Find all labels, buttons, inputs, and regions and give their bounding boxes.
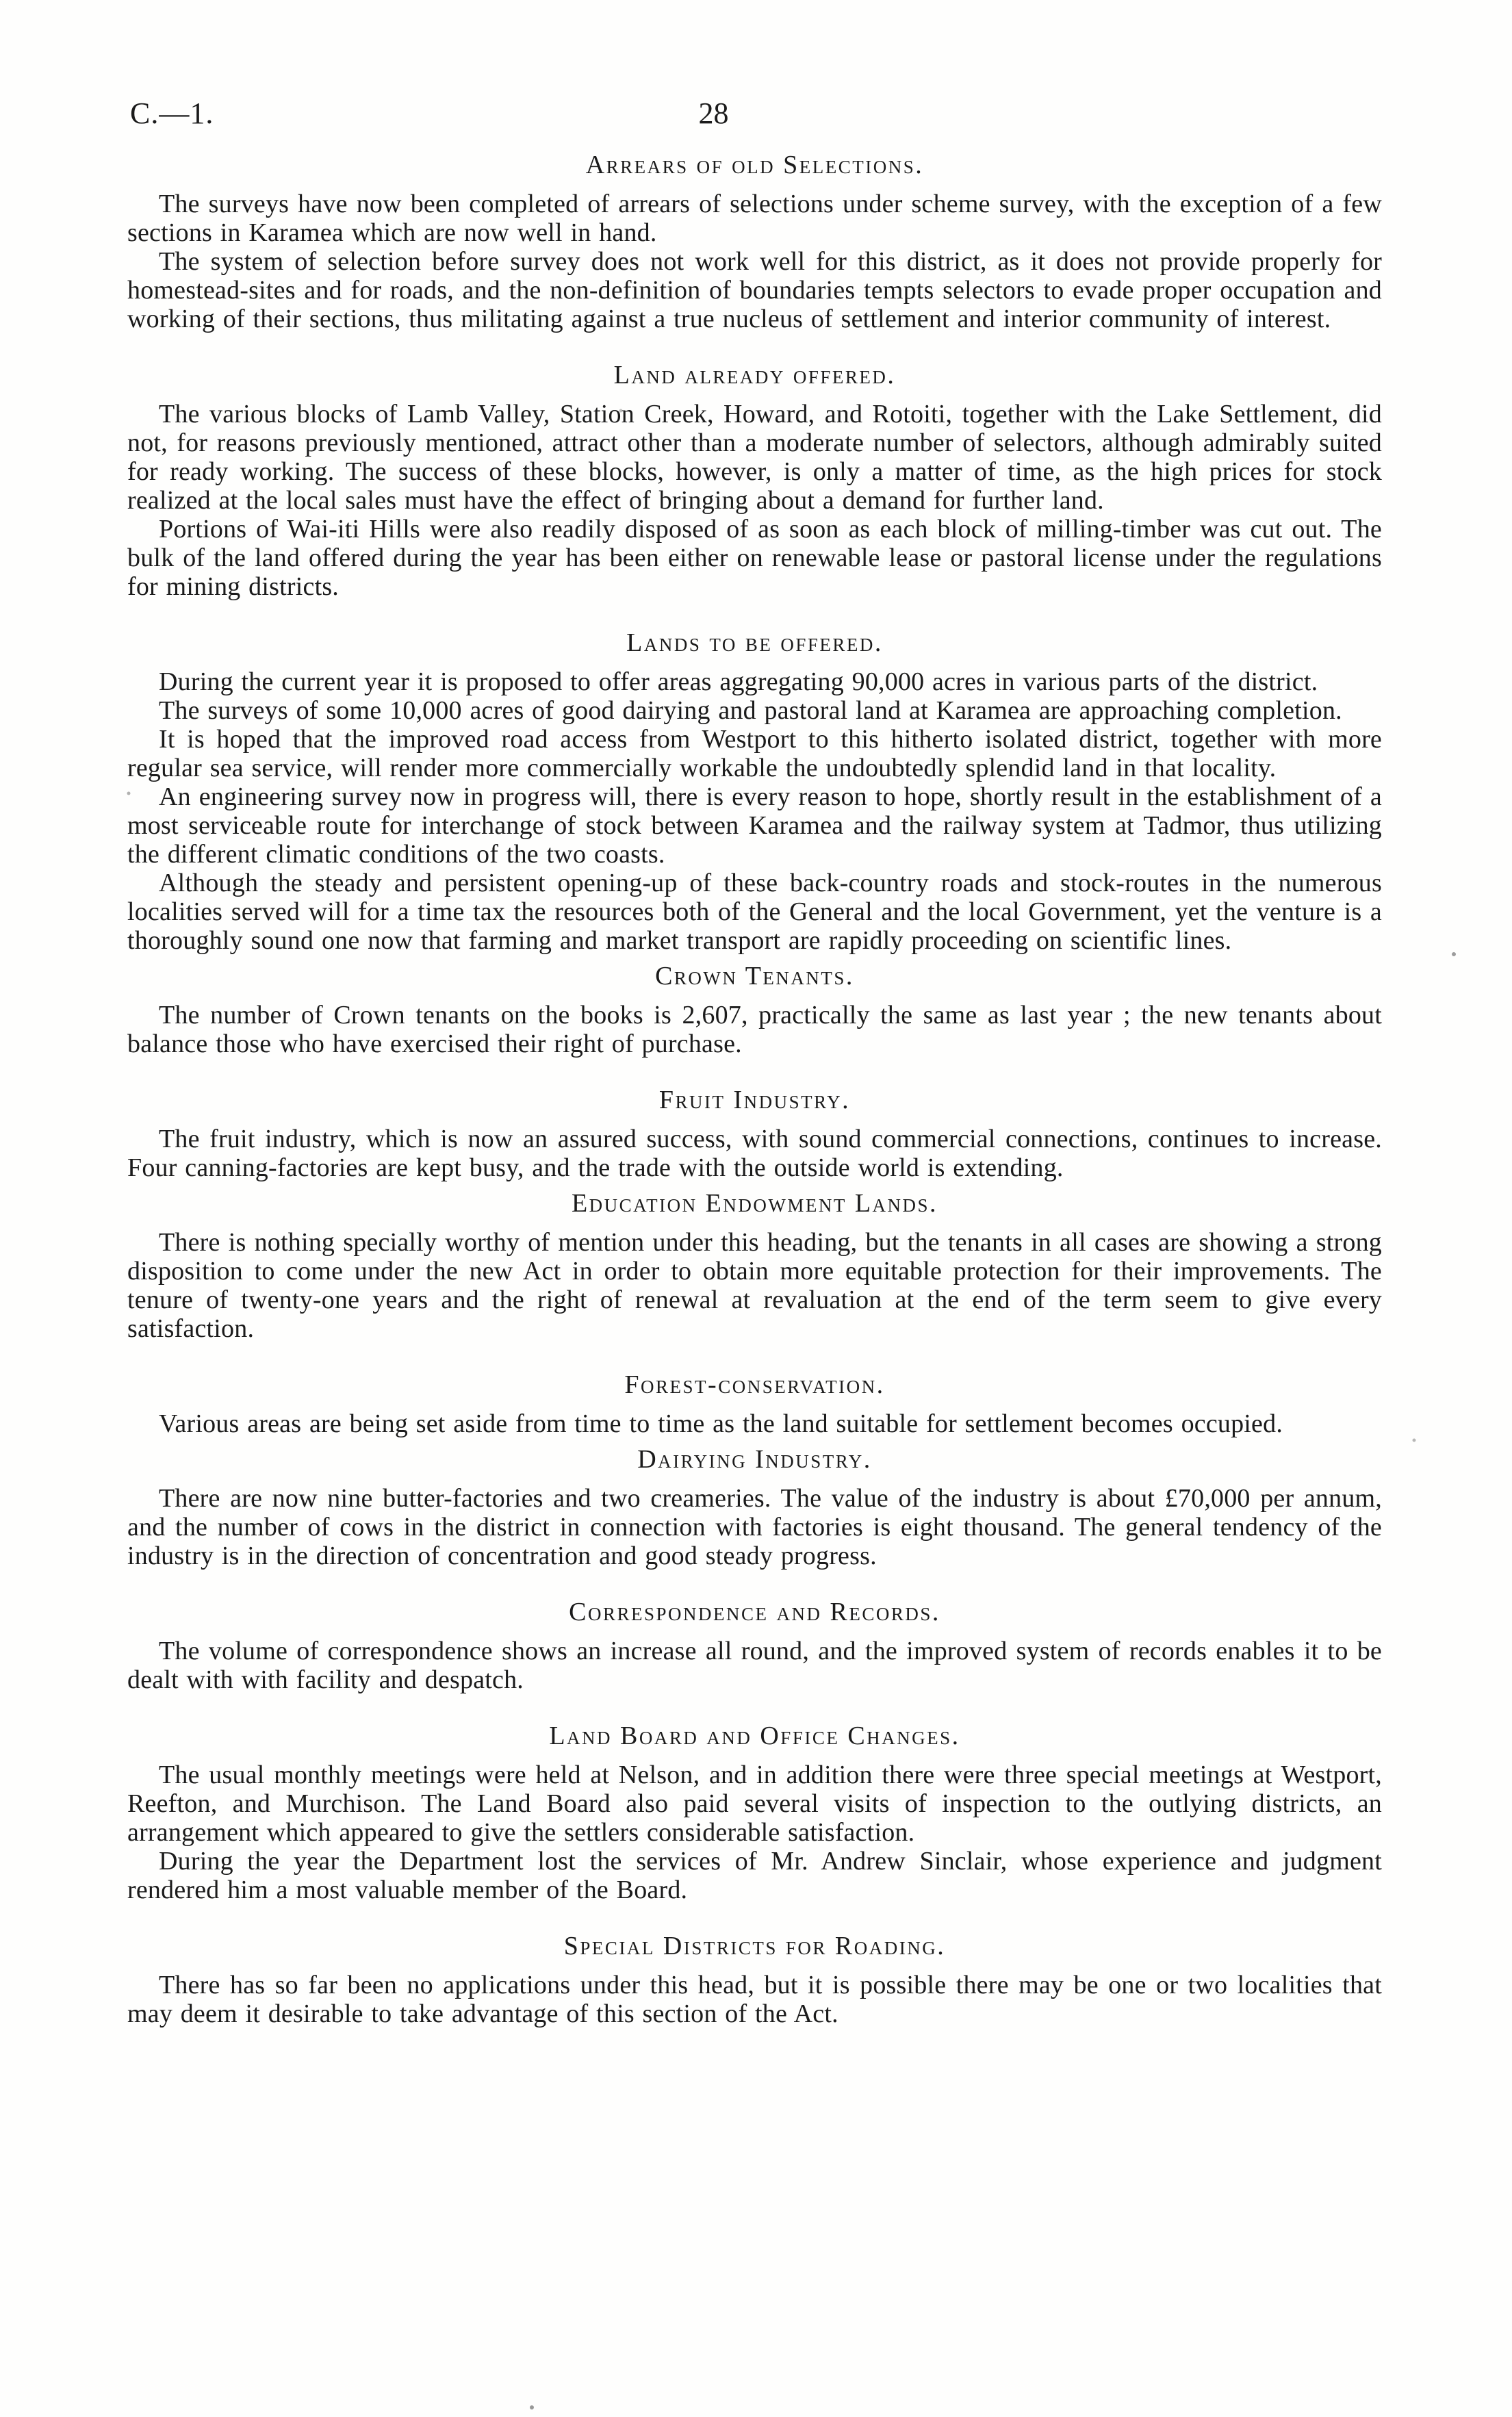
section-land-already-offered: Land already offered. The various blocks… [127, 361, 1382, 601]
paragraph: The usual monthly meetings were held at … [127, 1761, 1382, 1847]
section-heading: Land Board and Office Changes. [127, 1722, 1382, 1750]
section-education-endowment-lands: Education Endowment Lands. There is noth… [127, 1189, 1382, 1343]
section-special-districts-for-roading: Special Districts for Roading. There has… [127, 1932, 1382, 2028]
paragraph: The various blocks of Lamb Valley, Stati… [127, 400, 1382, 515]
section-heading: Correspondence and Records. [127, 1598, 1382, 1626]
paragraph: The volume of correspondence shows an in… [127, 1637, 1382, 1694]
paragraph: Portions of Wai-iti Hills were also read… [127, 515, 1382, 601]
document-page: C.—1. 28 Arrears of old Selections. The … [0, 0, 1512, 2417]
paragraph: There has so far been no applications un… [127, 1971, 1382, 2028]
paragraph: Although the steady and persistent openi… [127, 869, 1382, 955]
paragraph: The number of Crown tenants on the books… [127, 1001, 1382, 1058]
paragraph: The surveys have now been completed of a… [127, 190, 1382, 247]
section-heading: Education Endowment Lands. [127, 1189, 1382, 1218]
section-heading: Forest-conservation. [127, 1370, 1382, 1399]
section-forest-conservation: Forest-conservation. Various areas are b… [127, 1370, 1382, 1438]
paragraph: The system of selection before survey do… [127, 247, 1382, 333]
section-heading: Lands to be offered. [127, 628, 1382, 657]
section-crown-tenants: Crown Tenants. The number of Crown tenan… [127, 962, 1382, 1058]
section-dairying-industry: Dairying Industry. There are now nine bu… [127, 1445, 1382, 1570]
section-land-board-and-office-changes: Land Board and Office Changes. The usual… [127, 1722, 1382, 1904]
paragraph: During the current year it is proposed t… [127, 667, 1382, 696]
section-heading: Land already offered. [127, 361, 1382, 389]
page-header: C.—1. 28 [127, 96, 1382, 131]
document-body: Arrears of old Selections. The surveys h… [127, 151, 1382, 2028]
section-correspondence-and-records: Correspondence and Records. The volume o… [127, 1598, 1382, 1694]
section-heading: Fruit Industry. [127, 1086, 1382, 1114]
paragraph: There is nothing specially worthy of men… [127, 1228, 1382, 1343]
paragraph: Various areas are being set aside from t… [127, 1409, 1382, 1438]
section-heading: Special Districts for Roading. [127, 1932, 1382, 1960]
paragraph: The fruit industry, which is now an assu… [127, 1125, 1382, 1182]
section-heading: Arrears of old Selections. [127, 151, 1382, 179]
paragraph: An engineering survey now in progress wi… [127, 782, 1382, 869]
paragraph: It is hoped that the improved road acces… [127, 725, 1382, 782]
paragraph: During the year the Department lost the … [127, 1847, 1382, 1904]
section-lands-to-be-offered: Lands to be offered. During the current … [127, 628, 1382, 955]
paragraph: There are now nine butter-factories and … [127, 1484, 1382, 1570]
paragraph: The surveys of some 10,000 acres of good… [127, 696, 1382, 725]
section-heading: Crown Tenants. [127, 962, 1382, 990]
section-arrears-of-old-selections: Arrears of old Selections. The surveys h… [127, 151, 1382, 333]
section-heading: Dairying Industry. [127, 1445, 1382, 1474]
section-fruit-industry: Fruit Industry. The fruit industry, whic… [127, 1086, 1382, 1182]
page-number: 28 [127, 96, 1300, 131]
